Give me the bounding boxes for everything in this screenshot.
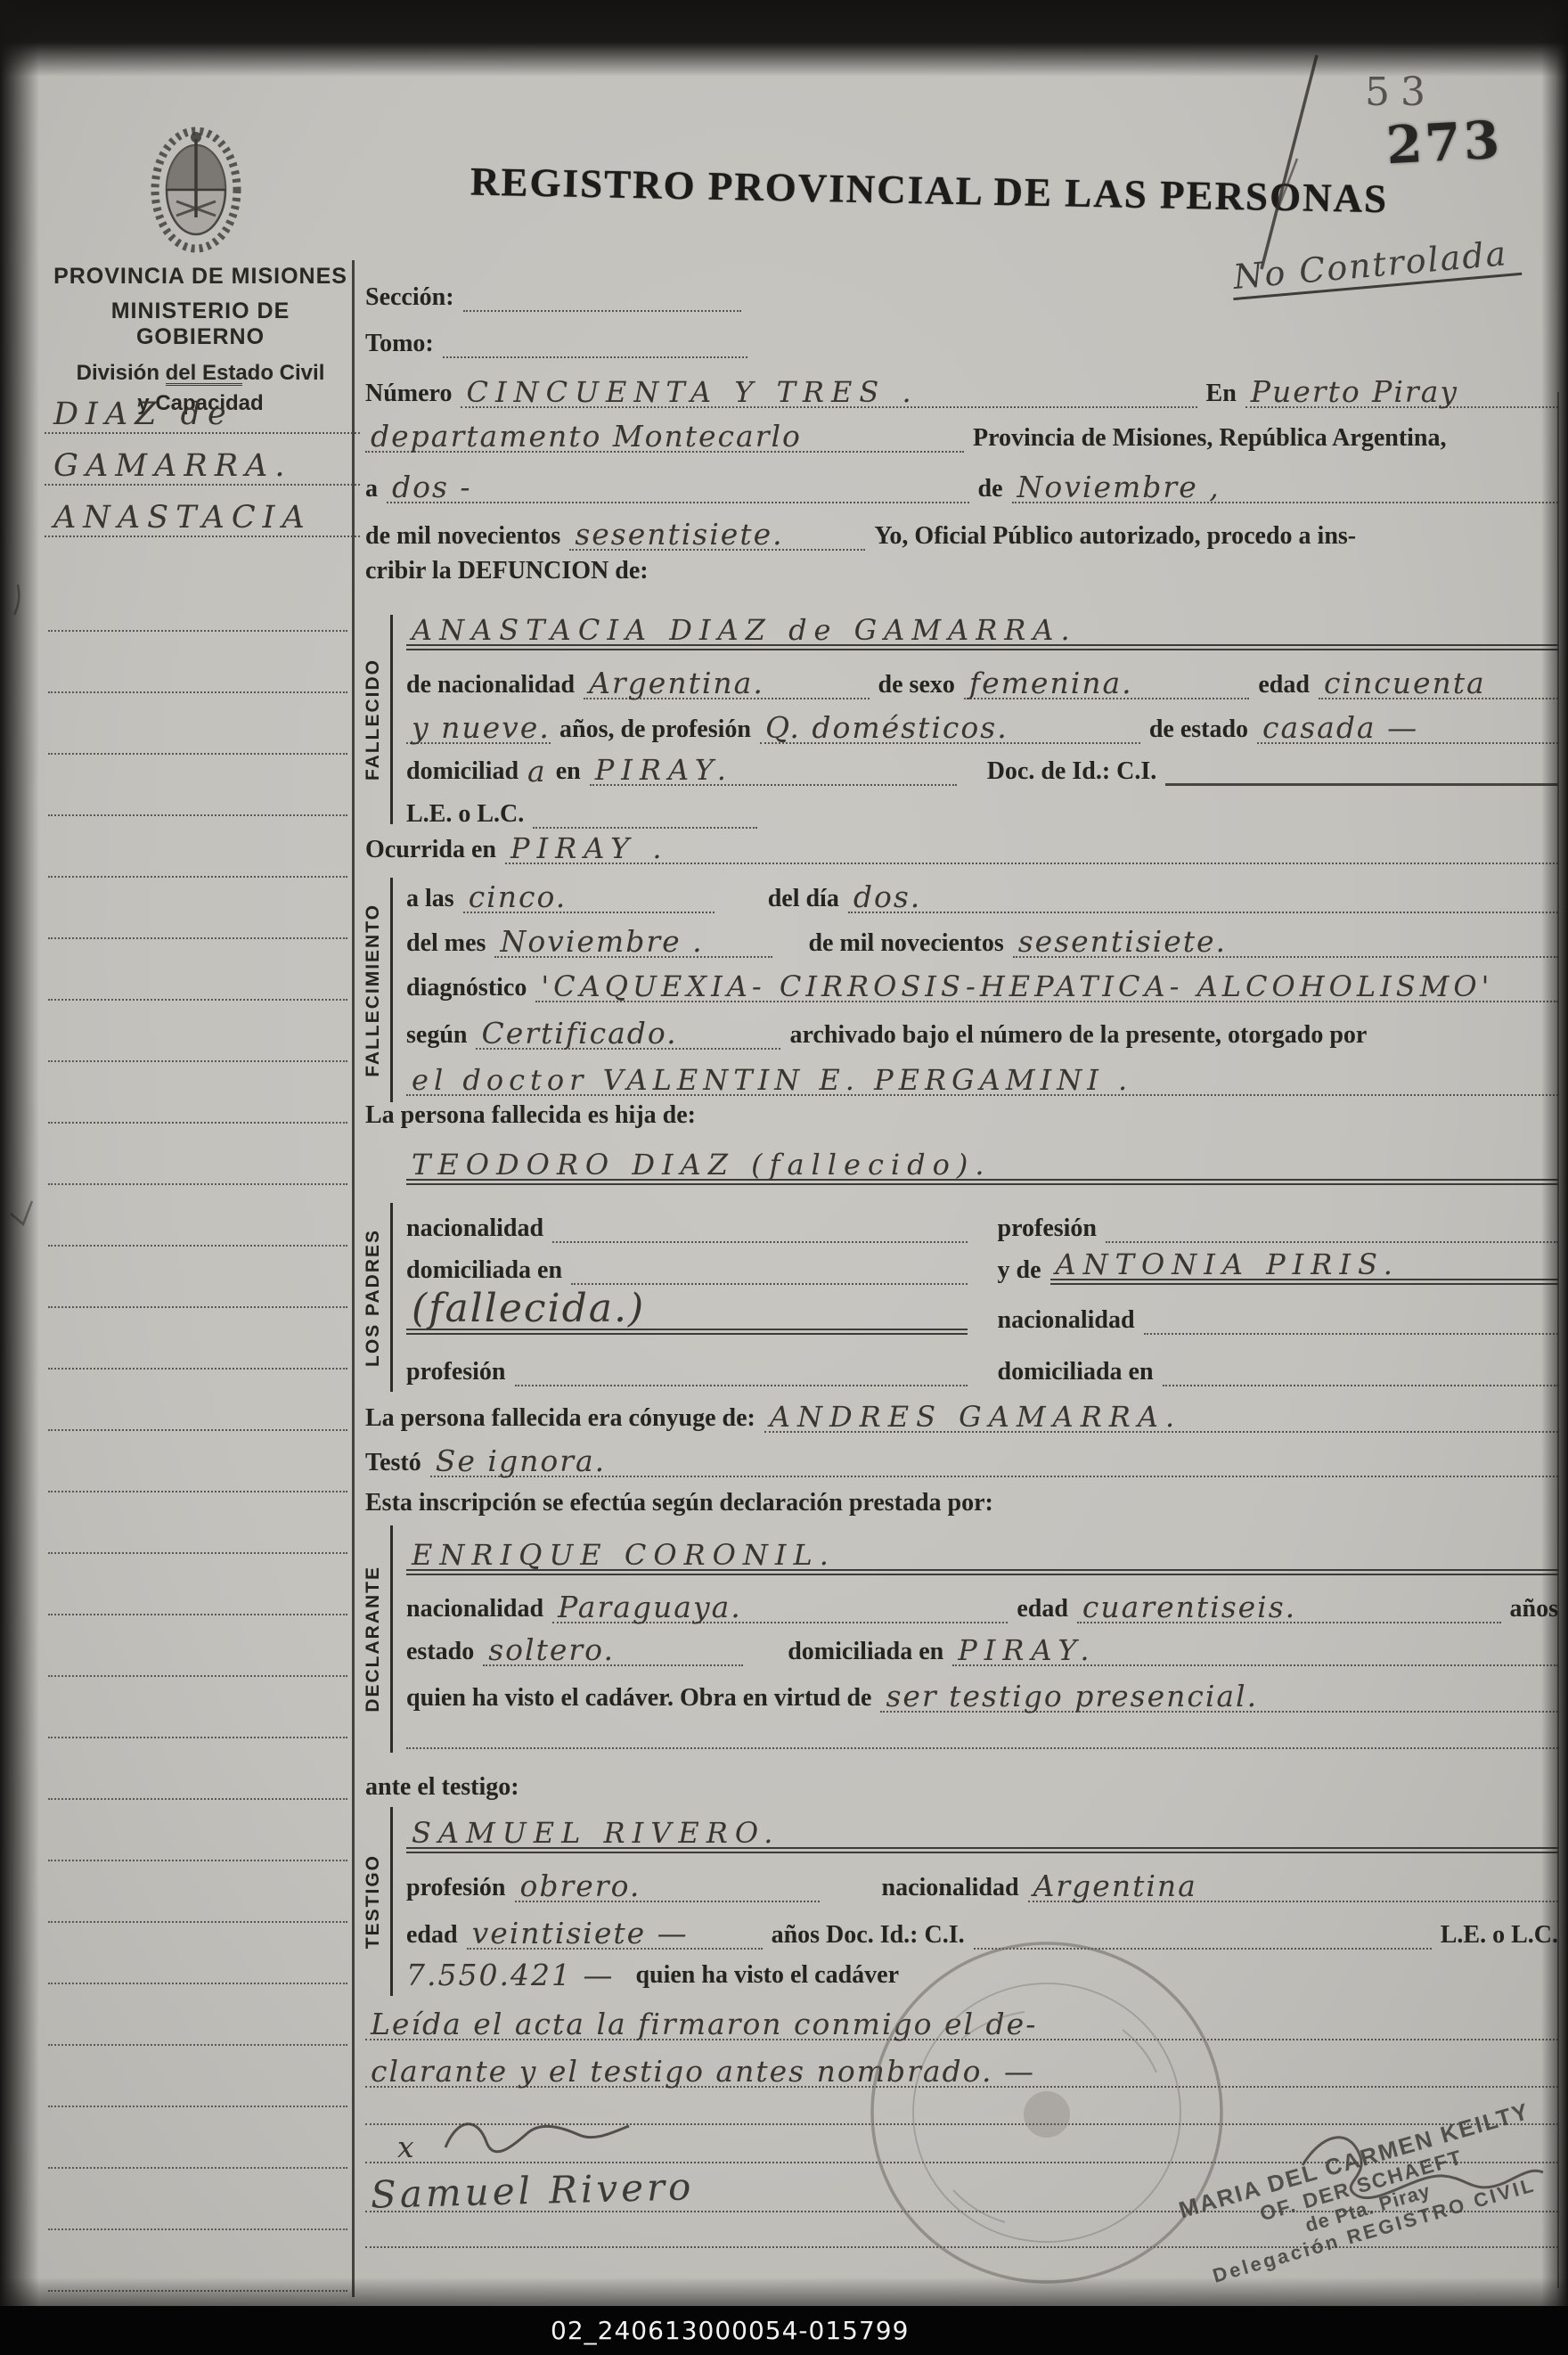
dia-value: dos -	[392, 472, 472, 502]
seccion-blank	[463, 266, 741, 312]
testigo-profesion-line: obrero.	[515, 1856, 820, 1902]
conyuge-value: ANDRES GAMARRA.	[770, 1402, 1181, 1431]
edad-line-2: y nueve.	[406, 698, 551, 744]
archivado-text: archivado bajo el número de la presente,…	[789, 1022, 1367, 1050]
margin-ruled-line	[48, 1677, 347, 1738]
nacionalidad-line: Argentina.	[584, 653, 869, 699]
segun-value: Certificado.	[481, 1018, 677, 1048]
mes-line: Noviembre ,	[1012, 457, 1558, 503]
declarante-estado-label: estado	[406, 1639, 474, 1666]
declarante-nombre-value: ENRIQUE CORONIL.	[412, 1541, 836, 1569]
declarante-edad-line: cuarentiseis.	[1077, 1577, 1501, 1623]
defuncion-text: cribir la DEFUNCION de:	[365, 558, 649, 585]
nacionalidad-label: de nacionalidad	[406, 672, 575, 699]
testigo-profesion-value: obrero.	[520, 1871, 641, 1901]
row-departamento: departamento Montecarlo Provincia de Mis…	[365, 408, 1558, 453]
margin-ruled-line	[48, 2046, 347, 2107]
margin-ruled-line	[48, 1554, 347, 1615]
scan-edge-right	[1541, 0, 1568, 2355]
padre-line: TEODORO DIAZ (fallecido).	[406, 1125, 1558, 1185]
margin-ruled-line	[48, 693, 347, 755]
declarante-estado-line: soltero.	[483, 1620, 743, 1666]
coat-of-arms	[150, 119, 242, 260]
declarante-nacionalidad-line: Paraguaya.	[552, 1577, 1008, 1623]
row-fallecido-3: domiciliad a en PIRAY. Doc. de Id.: C.I.	[406, 741, 1558, 786]
margin-ruled-line	[48, 1308, 347, 1370]
margin-ruled-line	[48, 1431, 347, 1492]
issuing-office-block: PROVINCIA DE MISIONES MINISTERIO DE GOBI…	[52, 264, 349, 416]
mes-line: Noviembre .	[494, 912, 772, 958]
scanned-death-record-page: REGISTRO PROVINCIAL DE LAS PERSONAS 53 2…	[0, 0, 1568, 2355]
madre-nacionalidad-label: nacionalidad	[998, 1307, 1135, 1335]
row-segun: según Certificado. archivado bajo el núm…	[406, 1005, 1558, 1050]
madre-profesion-label: profesión	[406, 1359, 506, 1386]
testigo-profesion-label: profesión	[406, 1875, 506, 1902]
fallecida-value: (fallecida.)	[412, 1289, 645, 1329]
form-body: Sección: Tomo: Número CINCUENTA Y TRES .…	[365, 267, 1564, 2281]
profesion-value: Q. domésticos.	[765, 713, 1009, 742]
row-inscripcion: Esta inscripción se efectúa según declar…	[365, 1473, 1558, 1517]
margin-ruled-line	[48, 1800, 347, 1861]
testigo-nacionalidad-line: Argentina	[1028, 1856, 1558, 1902]
testigo-nacionalidad-label: nacionalidad	[882, 1875, 1019, 1902]
margin-ruled-line	[48, 1185, 347, 1247]
margin-ruled-line	[48, 2107, 347, 2169]
diagnostico-value: 'CAQUEXIA- CIRROSIS-HEPATICA- ALCOHOLISM…	[541, 972, 1493, 1001]
estado-line: casada —	[1257, 698, 1558, 744]
row-declarante-nombre: ENRIQUE CORONIL.	[406, 1524, 1558, 1575]
segun-line: Certificado.	[476, 1003, 780, 1050]
scan-edge-top	[0, 0, 1568, 77]
margin-name-line3: ANASTACIA	[45, 503, 360, 537]
row-fallecido-1: de nacionalidad Argentina. de sexo femen…	[406, 655, 1558, 699]
row-tomo: Tomo:	[365, 314, 1558, 358]
madre-domicilio-blank	[1163, 1340, 1558, 1386]
declarante-domicilio-value: PIRAY.	[958, 1636, 1096, 1664]
dia-value: dos.	[853, 882, 921, 912]
a-label: a	[365, 476, 378, 503]
diagnostico-line: 'CAQUEXIA- CIRROSIS-HEPATICA- ALCOHOLISM…	[535, 956, 1558, 1002]
madre-line: ANTONIA PIRIS.	[1050, 1234, 1559, 1285]
numero-label: Número	[365, 380, 452, 408]
nombre-fallecida-line: ANASTACIA DIAZ de GAMARRA.	[406, 594, 1558, 650]
declarante-blank-line	[406, 1703, 1558, 1749]
ocurrida-label: Ocurrida en	[365, 837, 496, 864]
madre-domicilio-label: domiciliada en	[998, 1359, 1154, 1386]
nacionalidad-value: Argentina.	[589, 668, 764, 698]
en-label: En	[1206, 380, 1237, 408]
witness-signature: Samuel Rivero	[371, 2168, 695, 2213]
firma-x-mark: x	[397, 2132, 416, 2162]
padre-nacionalidad-blank	[552, 1197, 967, 1243]
hora-line: cinco.	[463, 867, 715, 913]
scan-edge-bottom-shadow	[0, 2277, 1568, 2306]
margin-ruled-line	[48, 1001, 347, 1062]
place-value: Puerto Piray	[1251, 377, 1458, 406]
margin-name-line2: GAMARRA.	[45, 451, 360, 486]
conyuge-label: La persona fallecida era cónyuge de:	[365, 1405, 755, 1433]
scan-id-bar: 02_240613000054-015799	[0, 2306, 1568, 2355]
ocurrida-value: PIRAY .	[510, 834, 669, 863]
margin-ruled-line	[48, 1247, 347, 1308]
testigo-edad-line: veintisiete —	[467, 1903, 763, 1950]
org-division: División del Estado Civil	[52, 361, 349, 386]
declarante-nacionalidad-value: Paraguaya.	[558, 1592, 742, 1622]
madre-nacionalidad-blank	[1144, 1280, 1558, 1335]
declarante-estado-value: soltero.	[488, 1635, 615, 1664]
declarante-domicilio-line: PIRAY.	[952, 1620, 1558, 1666]
madre-value: ANTONIA PIRIS.	[1056, 1250, 1400, 1279]
row-padre: TEODORO DIAZ (fallecido).	[406, 1132, 1558, 1185]
hora-value: cinco.	[469, 882, 568, 912]
scan-edge-left	[0, 0, 39, 2355]
edad-label: edad	[1258, 672, 1310, 699]
domicilio-line: PIRAY.	[590, 740, 957, 786]
anio-label: de mil novecientos	[808, 930, 1003, 958]
declarante-edad-value: cuarentiseis.	[1082, 1592, 1296, 1622]
row-fecha: a dos - de Noviembre ,	[365, 459, 1558, 503]
act-number-stamp: 273	[1384, 110, 1503, 176]
row-padres-3: (fallecida.) nacionalidad	[406, 1281, 1558, 1335]
margin-ruled-line	[48, 2169, 347, 2230]
row-testigo-1: profesión obrero. nacionalidad Argentina	[406, 1858, 1558, 1902]
margin-ruled-line	[48, 1062, 347, 1124]
provincia-text: Provincia de Misiones, República Argenti…	[973, 425, 1447, 453]
numero-value-line: CINCUENTA Y TRES .	[461, 362, 1196, 408]
sexo-label: de sexo	[878, 672, 955, 699]
row-hora-dia: a las cinco. del día dos.	[406, 869, 1558, 913]
ocurrida-line: PIRAY .	[505, 818, 1558, 864]
doc-id-label: Doc. de Id.: C.I.	[987, 758, 1157, 786]
org-ministry: MINISTERIO DE GOBIERNO	[52, 298, 349, 350]
row-cierre-1: Leída el acta la firmaron conmigo el de-	[365, 1996, 1558, 2040]
testigo-nacionalidad-value: Argentina	[1033, 1871, 1197, 1901]
sexo-value: femenina.	[969, 668, 1133, 698]
testigo-nombre-value: SAMUEL RIVERO.	[412, 1819, 780, 1847]
margin-ruled-line	[48, 1124, 347, 1185]
margin-ruled-line	[48, 1923, 347, 1984]
departamento-value: departamento Montecarlo	[371, 421, 802, 451]
profesion-line: Q. domésticos.	[760, 698, 1140, 744]
edad-value-2: y nueve.	[412, 713, 551, 742]
row-fallecido-2: y nueve. años, de profesión Q. doméstico…	[406, 699, 1558, 744]
nombre-fallecida-value: ANASTACIA DIAZ de GAMARRA.	[412, 616, 1077, 644]
departamento-line: departamento Montecarlo	[365, 406, 964, 453]
column-divider	[352, 260, 355, 2297]
dia-line: dos -	[387, 457, 969, 503]
row-hija-de: La persona fallecida es hija de:	[365, 1085, 1558, 1130]
madre-profesion-blank	[515, 1340, 968, 1386]
margin-ruled-line	[48, 1738, 347, 1800]
margin-ruled-line	[48, 570, 347, 632]
testigo-cadaver-label: quien ha visto el cadáver	[635, 1962, 899, 1990]
margin-ruled-line	[48, 1615, 347, 1677]
anio-value: sesentisiete.	[1018, 927, 1227, 956]
page-title: REGISTRO PROVINCIAL DE LAS PERSONAS	[470, 159, 1442, 224]
row-diagnostico: diagnóstico 'CAQUEXIA- CIRROSIS-HEPATICA…	[406, 958, 1558, 1002]
testo-value: Se ignora.	[436, 1446, 606, 1476]
dia-label: del día	[768, 886, 839, 913]
numero-value: CINCUENTA Y TRES .	[466, 378, 918, 406]
domicilio-value: PIRAY.	[595, 756, 733, 784]
margin-ruled-line	[48, 1984, 347, 2046]
testigo-doc-blank	[974, 1903, 1432, 1950]
de-label: de	[978, 476, 1003, 503]
margin-ruled-line	[48, 632, 347, 693]
mes-value: Noviembre .	[500, 927, 703, 956]
sexo-line: femenina.	[964, 653, 1249, 699]
row-numero: Número CINCUENTA Y TRES . En Puerto Pira…	[365, 364, 1558, 408]
fallecida-line: (fallecida.)	[406, 1275, 968, 1335]
row-testo: Testó Se ignora.	[365, 1433, 1558, 1477]
row-declarante-blank	[406, 1705, 1558, 1749]
declarante-nombre-line: ENRIQUE CORONIL.	[406, 1517, 1558, 1575]
row-declarante-2: estado soltero. domiciliada en PIRAY.	[406, 1622, 1558, 1666]
cierre-text-1: Leída el acta la firmaron conmigo el de-	[371, 2009, 1037, 2039]
margin-ruled-line	[48, 939, 347, 1001]
dia-line: dos.	[848, 867, 1558, 913]
margin-ruled-line	[48, 816, 347, 878]
anio-line: sesentisiete.	[1013, 912, 1558, 958]
edad-value-1: cincuenta	[1324, 668, 1486, 698]
scan-id: 02_240613000054-015799	[551, 2316, 909, 2345]
seccion-label: Sección:	[365, 284, 454, 312]
sidebar-rule	[166, 383, 242, 386]
margin-ruled-line	[48, 1492, 347, 1554]
mes-label: del mes	[406, 930, 486, 958]
tomo-blank	[443, 312, 747, 358]
declarante-domicilio-label: domiciliada en	[788, 1639, 943, 1666]
edad-line: cincuenta	[1319, 653, 1558, 699]
margin-ruled-line	[48, 878, 347, 939]
testo-line: Se ignora.	[430, 1431, 1558, 1477]
cierre-line-1: Leída el acta la firmaron conmigo el de-	[365, 1994, 1558, 2040]
row-conyuge: La persona fallecida era cónyuge de: AND…	[365, 1388, 1558, 1433]
tomo-label: Tomo:	[365, 331, 434, 358]
row-mes-anio: del mes Noviembre . de mil novecientos s…	[406, 913, 1558, 958]
hora-label: a las	[406, 886, 454, 913]
testigo-nombre-line: SAMUEL RIVERO.	[406, 1795, 1558, 1853]
margin-ruled-line	[48, 1370, 347, 1431]
row-ocurrida: Ocurrida en PIRAY .	[365, 820, 1558, 864]
row-testigo-2: edad veintisiete — años Doc. Id.: C.I. L…	[406, 1905, 1558, 1950]
row-seccion: Sección:	[365, 267, 1558, 312]
padre-value: TEODORO DIAZ (fallecido).	[412, 1150, 992, 1179]
conyuge-line: ANDRES GAMARRA.	[764, 1386, 1558, 1433]
margin-ruled-line	[48, 755, 347, 816]
doc-id-penline	[1165, 739, 1558, 786]
row-padres-4: profesión domiciliada en	[406, 1342, 1558, 1386]
row-nombre-fallecida: ANASTACIA DIAZ de GAMARRA.	[406, 601, 1558, 650]
row-declarante-1: nacionalidad Paraguaya. edad cuarentisei…	[406, 1579, 1558, 1623]
diagnostico-label: diagnóstico	[406, 975, 527, 1002]
margin-name-line1: DIAZ de	[45, 399, 360, 434]
mes-value: Noviembre ,	[1017, 472, 1221, 502]
row-defuncion: cribir la DEFUNCION de:	[365, 541, 1558, 585]
segun-label: según	[406, 1022, 467, 1050]
org-province: PROVINCIA DE MISIONES	[52, 264, 349, 290]
margin-ruled-line	[48, 1861, 347, 1923]
padre-nacionalidad-label: nacionalidad	[406, 1215, 543, 1243]
row-testigo-3: 7.550.421 — quien ha visto el cadáver	[406, 1945, 1558, 1990]
en-value-line: Puerto Piray	[1245, 362, 1558, 408]
testigo-doc-number: 7.550.421 —	[406, 1960, 614, 1990]
margin-ruled-lines	[48, 570, 347, 2353]
domicilio-label: domiciliad	[406, 758, 519, 786]
testigo-edad-value: veintisiete —	[472, 1918, 689, 1948]
inscripcion-text: Esta inscripción se efectúa según declar…	[365, 1490, 993, 1517]
row-testigo-nombre: SAMUEL RIVERO.	[406, 1802, 1558, 1853]
